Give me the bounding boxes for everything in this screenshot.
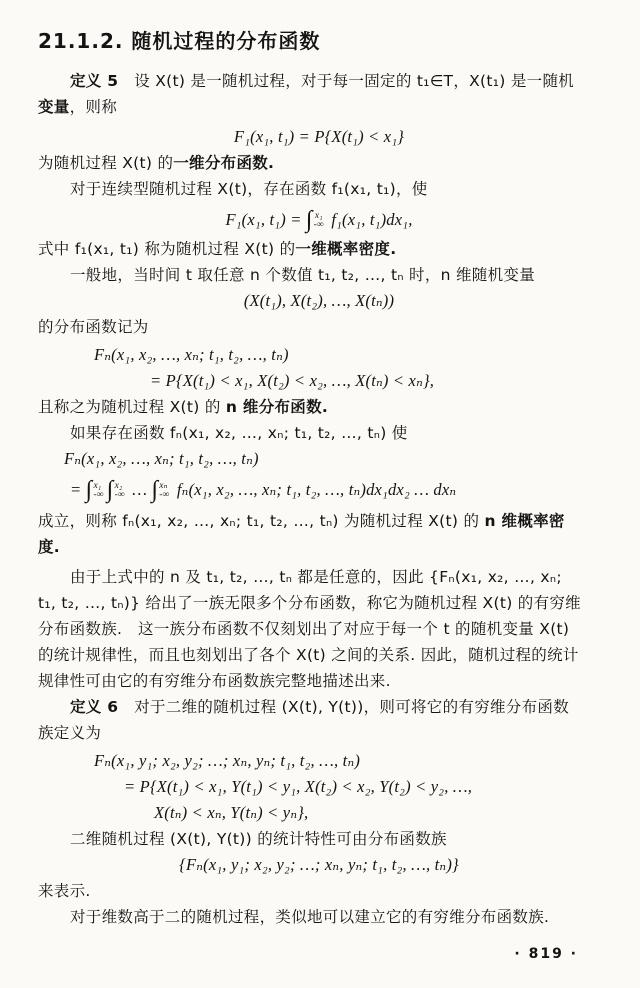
integral-glyph: ∫ — [306, 209, 313, 231]
definition-6-line-1: 定义 6 对于二维的随机过程 (X(t), Y(t))，则可将它的有穷维分布函数 — [38, 694, 600, 720]
expressed-line: 来表示. — [38, 878, 600, 904]
definition-5-text: 设 X(t) 是一随机过程，对于每一固定的 t₁∈T，X(t₁) 是一随机 — [118, 72, 574, 90]
integral-sign: ∫x₁-∞ — [86, 480, 107, 502]
definition-6-label: 定义 6 — [70, 698, 118, 716]
integral-limits: x₂-∞ — [115, 482, 125, 501]
one-dim-name-pre: 为随机过程 X(t) 的 — [38, 154, 173, 172]
document-page: 21.1.2. 随机过程的分布函数 定义 5 设 X(t) 是一随机过程，对于每… — [0, 0, 640, 988]
holds-pre: 成立，则称 fₙ(x₁, x₂, …, xₙ; t₁, t₂, …, tₙ) 为… — [38, 512, 484, 530]
equals-sign: = — [70, 480, 86, 499]
noted-as-line: 的分布函数记为 — [38, 314, 600, 340]
formula-one-dim-density: F₁(x₁, t₁) = ∫x₁-∞ f₁(x₁, t₁)dx₁, — [38, 204, 600, 236]
formula-n-density-line-2: = ∫x₁-∞∫x₂-∞ … ∫xₙ-∞ fₙ(x₁, x₂, …, xₙ; t… — [70, 474, 600, 506]
n-dist-name-line: 且称之为随机过程 X(t) 的 n 维分布函数. — [38, 394, 600, 420]
two-dim-statistics-line: 二维随机过程 (X(t), Y(t)) 的统计特性可由分布函数族 — [38, 826, 600, 852]
one-dim-name-bold: 一维分布函数. — [173, 154, 274, 172]
definition-5-line-1: 定义 5 设 X(t) 是一随机过程，对于每一固定的 t₁∈T，X(t₁) 是一… — [38, 68, 600, 94]
formula-pre: F₁(x₁, t₁) = — [225, 210, 305, 229]
integral-lower-limit: -∞ — [159, 491, 169, 501]
integral-lower-limit: -∞ — [93, 491, 103, 501]
section-heading: 21.1.2. 随机过程的分布函数 — [38, 26, 600, 56]
one-dim-distribution-name-line: 为随机过程 X(t) 的一维分布函数. — [38, 150, 600, 176]
n-dist-name-bold: n 维分布函数. — [226, 398, 328, 416]
integral-limits: x₁-∞ — [93, 482, 103, 501]
formula-one-dim-distribution: F₁(x₁, t₁) = P{X(t₁) < x₁} — [38, 124, 600, 150]
definition-5-line-2: 变量，则称 — [38, 94, 600, 120]
formula-body: fₙ(x₁, x₂, …, xₙ; t₁, t₂, …, tₙ)dx₁dx₂ …… — [173, 480, 457, 499]
since-paragraph-line-5: 规律性可由它的有穷维分布函数族完整地描述出来. — [38, 668, 600, 694]
integral-limits: xₙ-∞ — [159, 482, 169, 501]
integral-limits: x₁-∞ — [314, 212, 324, 231]
page-number: · 819 · — [514, 946, 578, 962]
density-name-pre: 式中 f₁(x₁, t₁) 称为随机过程 X(t) 的 — [38, 240, 295, 258]
since-paragraph-line-2: t₁, t₂, …, tₙ)} 给出了一族无限多个分布函数，称它为随机过程 X(… — [38, 590, 600, 616]
definition-6-line-2: 族定义为 — [38, 720, 600, 746]
holds-bold-2: 度. — [38, 538, 60, 556]
density-name-line: 式中 f₁(x₁, t₁) 称为随机过程 X(t) 的一维概率密度. — [38, 236, 600, 262]
integral-sign: ∫xₙ-∞ — [151, 480, 172, 502]
integral-sign: ∫x₂-∞ — [107, 480, 128, 502]
holds-bold: n 维概率密 — [484, 512, 564, 530]
n-dist-name-pre: 且称之为随机过程 X(t) 的 — [38, 398, 226, 416]
formula-two-dim-line-2: = P{X(t₁) < x₁, Y(t₁) < y₁, X(t₂) < x₂, … — [124, 774, 600, 800]
holds-line-2: 度. — [38, 534, 600, 560]
formula-post: f₁(x₁, t₁)dx₁, — [327, 210, 413, 229]
definition-6-text: 对于二维的随机过程 (X(t), Y(t))，则可将它的有穷维分布函数 — [118, 698, 569, 716]
integral-sign: ∫x₁-∞ — [306, 210, 327, 232]
formula-n-density-line-1: Fₙ(x₁, x₂, …, xₙ; t₁, t₂, …, tₙ) — [64, 446, 600, 472]
higher-dim-line: 对于维数高于二的随机过程，类似地可以建立它的有穷维分布函数族. — [38, 904, 600, 930]
integral-lower-limit: -∞ — [314, 221, 324, 231]
definition-5-bold-term: 变量 — [38, 98, 70, 116]
since-paragraph-line-1: 由于上式中的 n 及 t₁, t₂, …, tₙ 都是任意的，因此 {Fₙ(x₁… — [38, 564, 600, 590]
since-paragraph-line-4: 的统计规律性，而且也刻划出了各个 X(t) 之间的关系. 因此，随机过程的统计 — [38, 642, 600, 668]
integral-glyph: ∫ — [151, 479, 158, 501]
definition-5-text-2: ，则称 — [70, 98, 117, 116]
integral-glyph: ∫ — [86, 479, 93, 501]
if-exists-line: 如果存在函数 fₙ(x₁, x₂, …, xₙ; t₁, t₂, …, tₙ) … — [38, 420, 600, 446]
formula-two-dim-line-1: Fₙ(x₁, y₁; x₂, y₂; …; xₙ, yₙ; t₁, t₂, …,… — [94, 748, 600, 774]
formula-two-dim-line-3: X(tₙ) < xₙ, Y(tₙ) < yₙ}, — [154, 800, 600, 826]
ellipsis: … — [128, 480, 152, 499]
formula-distribution-family: {Fₙ(x₁, y₁; x₂, y₂; …; xₙ, yₙ; t₁, t₂, …… — [38, 852, 600, 878]
since-paragraph-line-3: 分布函数族. 这一族分布函数不仅刻划出了对应于每一个 t 的随机变量 X(t) — [38, 616, 600, 642]
density-name-bold: 一维概率密度. — [295, 240, 396, 258]
integral-lower-limit: -∞ — [115, 491, 125, 501]
general-case-line: 一般地，当时间 t 取任意 n 个数值 t₁, t₂, …, tₙ 时，n 维随… — [38, 262, 600, 288]
integral-glyph: ∫ — [107, 479, 114, 501]
formula-n-dist-line-1: Fₙ(x₁, x₂, …, xₙ; t₁, t₂, …, tₙ) — [94, 342, 600, 368]
formula-n-dist-line-2: = P{X(t₁) < x₁, X(t₂) < x₂, …, X(tₙ) < x… — [150, 368, 600, 394]
holds-line-1: 成立，则称 fₙ(x₁, x₂, …, xₙ; t₁, t₂, …, tₙ) 为… — [38, 508, 600, 534]
continuous-process-line: 对于连续型随机过程 X(t)，存在函数 f₁(x₁, t₁)，使 — [38, 176, 600, 202]
definition-5-label: 定义 5 — [70, 72, 118, 90]
formula-n-dim-vector: (X(t₁), X(t₂), …, X(tₙ)) — [38, 288, 600, 314]
